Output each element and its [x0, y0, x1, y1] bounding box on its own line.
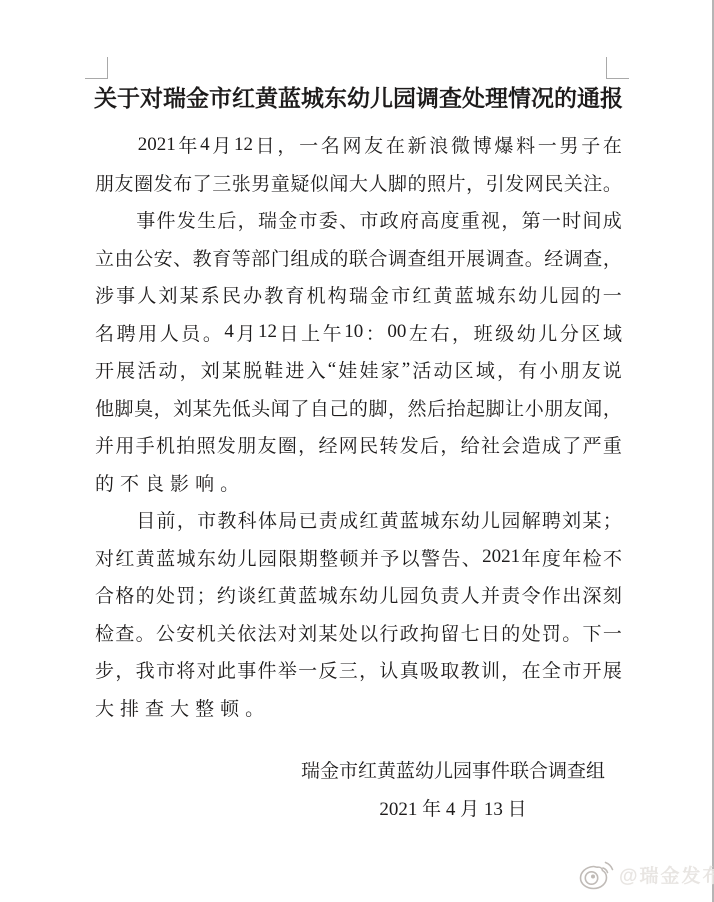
document-title: 关于对瑞金市红黄蓝城东幼儿园调查处理情况的通报: [90, 84, 627, 114]
body-line: 并用手机拍照发朋友圈，经网民转发后，给社会造成了严重: [95, 426, 622, 464]
crop-mark-top-right: [606, 57, 629, 79]
body-line: 检查。公安机关依法对刘某处以行政拘留七日的处罚。下一: [95, 614, 622, 652]
signature-org: 瑞金市红黄蓝幼儿园事件联合调查组: [301, 753, 605, 791]
body-line: 大排查大整顿。: [95, 689, 622, 727]
weibo-logo-icon: [578, 857, 614, 891]
body-line: 目前，市教科体局已责成红黄蓝城东幼儿园解聘刘某；: [95, 501, 622, 539]
body-line: 他脚臭，刘某先低头闻了自己的脚，然后抬起脚让小朋友闻，: [95, 389, 622, 427]
signature-block: 瑞金市红黄蓝幼儿园事件联合调查组 2021 年 4 月 13 日: [301, 753, 605, 829]
body-line: 合格的处罚；约谈红黄蓝城东幼儿园负责人并责令作出深刻: [95, 576, 622, 614]
body-line: 朋友圈发布了三张男童疑似闻大人脚的照片，引发网民关注。: [95, 164, 622, 202]
body-line: 立由公安、教育等部门组成的联合调查组开展调查。经调查，: [95, 239, 622, 277]
notice-page: 关于对瑞金市红黄蓝城东幼儿园调查处理情况的通报 2021年4月12日，一名网友在…: [0, 0, 714, 902]
body-line: 开展活动，刘某脱鞋进入“娃娃家”活动区域，有小朋友说: [95, 351, 622, 389]
signature-area: 瑞金市红黄蓝幼儿园事件联合调查组 2021 年 4 月 13 日: [95, 753, 622, 829]
body-line: 对红黄蓝城东幼儿园限期整顿并予以警告、2021年度年检不: [95, 539, 622, 577]
body-line: 步，我市将对此事件举一反三，认真吸取教训，在全市开展: [95, 651, 622, 689]
body-line: 的不良影响。: [95, 464, 622, 502]
body-line: 名聘用人员。4月12日上午10：00左右，班级幼儿分区域: [95, 314, 622, 352]
crop-mark-top-left: [85, 57, 108, 79]
document-body: 2021年4月12日，一名网友在新浪微博爆料一男子在朋友圈发布了三张男童疑似闻大…: [95, 126, 622, 726]
body-line: 2021年4月12日，一名网友在新浪微博爆料一男子在: [95, 126, 622, 164]
watermark: @瑞金发布: [578, 857, 714, 891]
watermark-handle: @瑞金发布: [619, 861, 714, 888]
body-line: 事件发生后，瑞金市委、市政府高度重视，第一时间成: [95, 201, 622, 239]
body-line: 涉事人刘某系民办教育机构瑞金市红黄蓝城东幼儿园的一: [95, 276, 622, 314]
signature-date: 2021 年 4 月 13 日: [379, 791, 526, 829]
